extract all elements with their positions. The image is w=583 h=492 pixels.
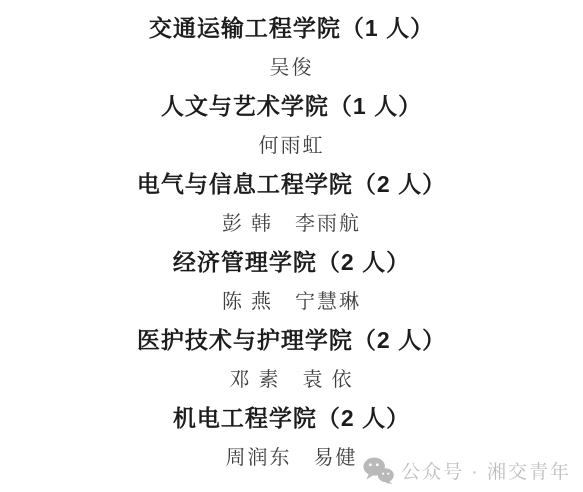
member-names: 邓 素 袁 依 xyxy=(0,358,583,397)
member-names: 吴俊 xyxy=(0,46,583,85)
college-heading: 交通运输工程学院（1 人） xyxy=(0,7,583,46)
member-names: 何雨虹 xyxy=(0,124,583,163)
member-names: 彭 韩 李雨航 xyxy=(0,202,583,241)
award-roster: 交通运输工程学院（1 人） 吴俊 人文与艺术学院（1 人） 何雨虹 电气与信息工… xyxy=(0,0,583,475)
college-heading: 电气与信息工程学院（2 人） xyxy=(0,163,583,202)
college-heading: 人文与艺术学院（1 人） xyxy=(0,85,583,124)
college-heading: 机电工程学院（2 人） xyxy=(0,397,583,436)
document-page: 交通运输工程学院（1 人） 吴俊 人文与艺术学院（1 人） 何雨虹 电气与信息工… xyxy=(0,0,583,492)
member-names: 陈 燕 宁慧琳 xyxy=(0,280,583,319)
college-heading: 经济管理学院（2 人） xyxy=(0,241,583,280)
watermark-text: 公众号 · 湘交青年 xyxy=(401,457,571,484)
college-heading: 医护技术与护理学院（2 人） xyxy=(0,319,583,358)
wechat-icon xyxy=(363,457,394,484)
watermark: 公众号 · 湘交青年 xyxy=(363,457,571,484)
